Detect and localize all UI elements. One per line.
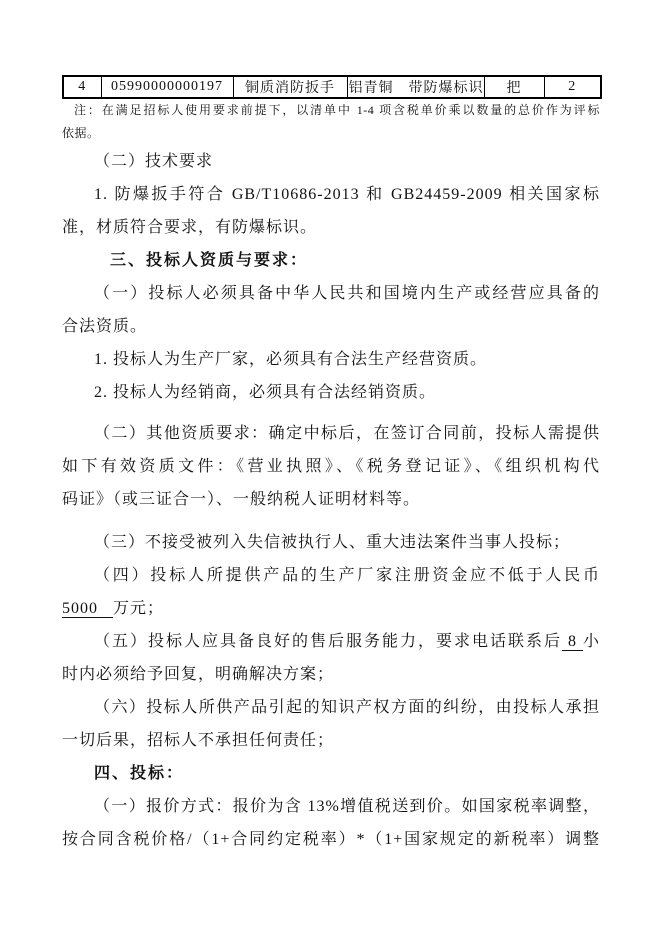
section-heading: 三、投标人资质与要求： [62,244,600,277]
paragraph-line: （四）投标人所提供产品的生产厂家注册资金应不低于人民币 [62,559,600,592]
section-heading: （二）技术要求 [62,145,600,178]
paragraph-line: （六）投标人所供产品引起的知识产权方面的纠纷，由投标人承担 [62,691,600,724]
paragraph-line: （一）报价方式：报价为含 13%增值税送到价。如国家税率调整， [62,790,600,823]
paragraph-line: 准，材质符合要求，有防爆标识。 [62,211,600,244]
paragraph-line: 按合同含税价格/（1+合同约定税率）*（1+国家规定的新税率）调整 [62,823,600,856]
paragraph-line: （五）投标人应具备良好的售后服务能力，要求电话联系后 8 小 [62,625,600,658]
cell-seq: 4 [63,76,101,98]
cell-material-name: 铜质消防扳手 [233,76,347,98]
paragraph-line: 如下有效资质文件：《营业执照》、《税务登记证》、《组织机构代 [62,450,600,483]
underlined-value-response-hours: 8 [562,633,583,651]
table-row: 4 05990000000197 铜质消防扳手 铝青铜 带防爆标识 把 2 [63,76,601,98]
paragraph-line: （二）其他资质要求：确定中标后，在签订合同前，投标人需提供 [62,417,600,450]
cell-unit: 把 [484,76,544,98]
paragraph-line: 时内必须给予回复，明确解决方案； [62,658,600,691]
document-page: 4 05990000000197 铜质消防扳手 铝青铜 带防爆标识 把 2 注：… [62,75,600,856]
paragraph-line: （三）不接受被列入失信被执行人、重大违法案件当事人投标； [62,526,600,559]
paragraph-text: （五）投标人应具备良好的售后服务能力，要求电话联系后 [94,633,562,650]
paragraph-line: 1. 投标人为生产厂家，必须具有合法生产经营资质。 [62,343,600,376]
paragraph-line: 合法资质。 [62,310,600,343]
paragraph-text: 万元； [113,600,164,617]
paragraph-line: （一）投标人必须具备中华人民共和国境内生产或经营应具备的 [62,277,600,310]
note-line-2: 依据。 [62,122,600,145]
cell-quantity: 2 [544,76,601,98]
note-line-1: 注：在满足招标人使用要求前提下，以清单中 1-4 项含税单价乘以数量的总价作为评… [62,99,600,122]
cell-material-code: 05990000000197 [101,76,233,98]
paragraph-line: 2. 投标人为经销商，必须具有合法经销资质。 [62,376,600,409]
paragraph-line: 1. 防爆扳手符合 GB/T10686-2013 和 GB24459-2009 … [62,178,600,211]
underlined-value-registered-capital: 5000 [62,600,113,618]
paragraph-line: 5000万元； [62,592,600,625]
section-heading: 四、投标： [62,757,600,790]
cell-spec: 铝青铜 带防爆标识 [347,76,484,98]
paragraph-text: 小 [583,633,600,650]
materials-table: 4 05990000000197 铜质消防扳手 铝青铜 带防爆标识 把 2 [62,75,602,99]
paragraph-line: 码证》（或三证合一）、一般纳税人证明材料等。 [62,483,600,516]
paragraph-line: 一切后果，招标人不承担任何责任； [62,724,600,757]
